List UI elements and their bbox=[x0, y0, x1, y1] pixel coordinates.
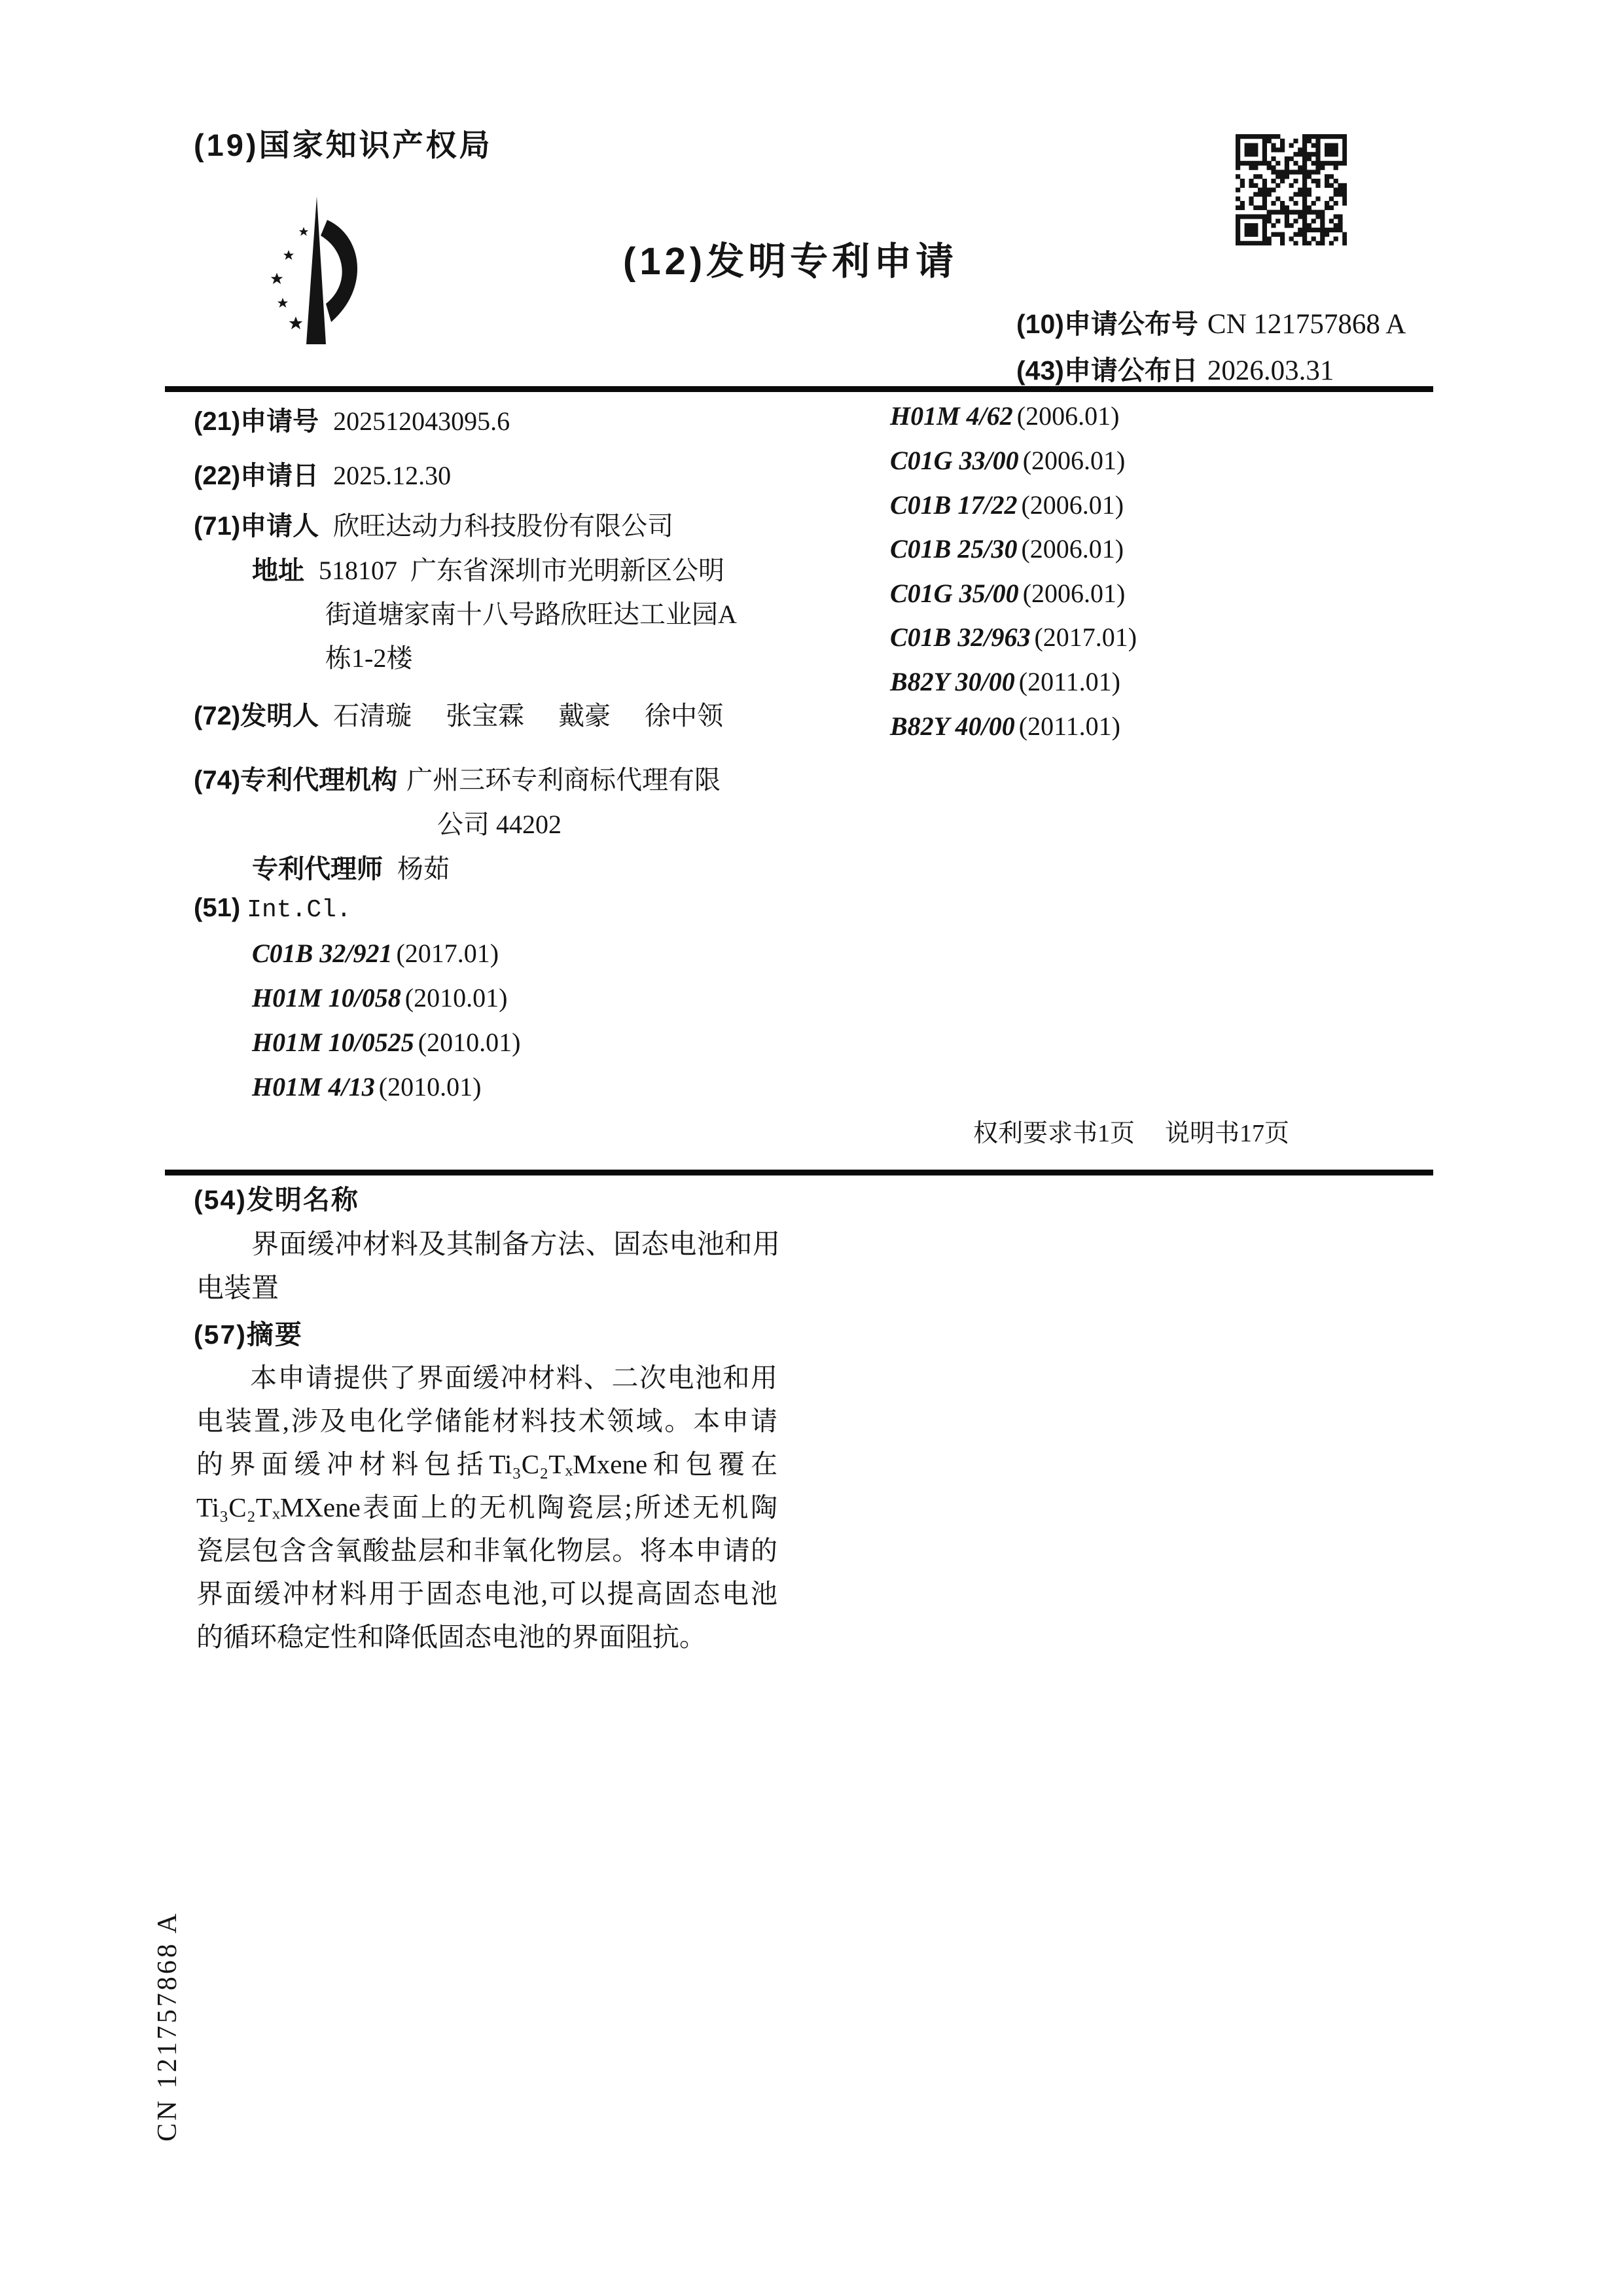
ipc-code: H01M 10/0525 bbox=[252, 1028, 414, 1057]
sidebar-publication-number: CN 121757868 A bbox=[152, 1911, 183, 2142]
ipc-year: (2010.01) bbox=[418, 1028, 521, 1057]
agency-line-1: 广州三环专利商标代理有限 bbox=[406, 765, 721, 795]
ipc-year: (2006.01) bbox=[1023, 579, 1126, 608]
address-line-1: 518107 广东省深圳市光明新区公明 bbox=[319, 556, 724, 585]
intcl-name: Int.Cl. bbox=[247, 896, 351, 924]
intcl-code-row: H01M 10/058(2010.01) bbox=[252, 982, 507, 1013]
header-divider bbox=[165, 386, 1433, 392]
agent-value: 杨茹 bbox=[397, 854, 450, 884]
ipc-row: C01G 35/00(2006.01) bbox=[890, 578, 1125, 609]
agency-line-2: 公司 44202 bbox=[437, 804, 562, 841]
abstract-line: 本申请提供了界面缓冲材料、二次电池和用 bbox=[196, 1356, 777, 1399]
application-date-label: (22)申请日 bbox=[194, 461, 319, 490]
abstract-line: 界面缓冲材料用于固态电池,可以提高固态电池 bbox=[196, 1572, 777, 1615]
publication-number-label: (10)申请公布号 bbox=[1016, 309, 1198, 339]
document-type-title: (12)发明专利申请 bbox=[623, 230, 957, 285]
ipc-year: (2011.01) bbox=[1019, 711, 1120, 741]
abstract-line: 的循环稳定性和降低固态电池的界面阻抗。 bbox=[196, 1615, 777, 1659]
section-divider bbox=[165, 1170, 1433, 1175]
ipc-row: C01B 32/963(2017.01) bbox=[890, 622, 1137, 653]
abstract-line: Ti₃C₂TₓMXene表面上的无机陶瓷层;所述无机陶 bbox=[196, 1486, 777, 1529]
description-pages: 说明书17页 bbox=[1165, 1120, 1289, 1147]
ipc-code: H01M 4/13 bbox=[252, 1072, 375, 1102]
intcl-label: (51) bbox=[194, 893, 240, 922]
pages-note: 权利要求书1页说明书17页 bbox=[973, 1113, 1289, 1149]
agency-row: (74)专利代理机构广州三环专利商标代理有限 bbox=[194, 759, 721, 797]
abstract-text: 本申请提供了界面缓冲材料、二次电池和用 电装置,涉及电化学储能材料技术领域。本申… bbox=[196, 1356, 777, 1659]
ipc-code: B82Y 40/00 bbox=[890, 711, 1015, 741]
address-line-3: 栋1-2楼 bbox=[325, 637, 412, 675]
invention-title-line: 电装置 bbox=[196, 1267, 780, 1311]
intcl-header-row: (51)Int.Cl. bbox=[194, 893, 351, 924]
application-date-row: (22)申请日2025.12.30 bbox=[194, 455, 451, 492]
application-number-value: 202512043095.6 bbox=[333, 406, 510, 436]
ipc-code: C01B 25/30 bbox=[890, 534, 1017, 564]
patent-front-page: (19)国家知识产权局 (12)发明专利申请 (10)申请公布号CN 12175… bbox=[0, 0, 1623, 2296]
inventor-name: 戴豪 bbox=[558, 701, 611, 730]
agent-label: 专利代理师 bbox=[252, 855, 383, 884]
ipc-code: B82Y 30/00 bbox=[890, 667, 1015, 696]
application-date-value: 2025.12.30 bbox=[333, 461, 451, 490]
ipc-row: H01M 4/62(2006.01) bbox=[890, 401, 1119, 431]
office-name: (19)国家知识产权局 bbox=[194, 121, 493, 165]
inventors-row: (72)发明人石清璇张宝霖戴豪徐中领 bbox=[194, 695, 757, 732]
inventor-name: 徐中领 bbox=[645, 701, 723, 730]
publication-date-label: (43)申请公布日 bbox=[1016, 355, 1198, 386]
address-label: 地址 bbox=[252, 556, 304, 585]
intcl-code-row: H01M 4/13(2010.01) bbox=[252, 1071, 481, 1102]
address-row: 地址518107 广东省深圳市光明新区公明 bbox=[252, 550, 724, 587]
application-number-label: (21)申请号 bbox=[194, 407, 319, 436]
publication-number-value: CN 121757868 A bbox=[1207, 309, 1406, 340]
ipc-code: C01B 17/22 bbox=[890, 490, 1017, 520]
ipc-year: (2017.01) bbox=[1034, 622, 1137, 652]
abstract-label: (57)摘要 bbox=[194, 1313, 303, 1352]
intcl-code-row: C01B 32/921(2017.01) bbox=[252, 938, 499, 969]
agency-label: (74)专利代理机构 bbox=[194, 766, 397, 795]
ipc-code: C01B 32/921 bbox=[252, 939, 392, 968]
address-line-2: 街道塘家南十八号路欣旺达工业园A bbox=[325, 594, 737, 631]
invention-title-line: 界面缓冲材料及其制备方法、固态电池和用 bbox=[196, 1223, 780, 1267]
ipc-year: (2006.01) bbox=[1017, 401, 1120, 431]
publication-date-line: (43)申请公布日2026.03.31 bbox=[1016, 349, 1334, 387]
inventors-label: (72)发明人 bbox=[194, 702, 319, 730]
ipc-row: C01B 25/30(2006.01) bbox=[890, 533, 1124, 564]
ipc-code: C01B 32/963 bbox=[890, 622, 1030, 652]
abstract-line: 的界面缓冲材料包括Ti₃C₂TₓMxene和包覆在 bbox=[196, 1443, 777, 1486]
ipc-year: (2006.01) bbox=[1021, 490, 1124, 520]
ipc-year: (2006.01) bbox=[1023, 446, 1126, 475]
intcl-code-row: H01M 10/0525(2010.01) bbox=[252, 1027, 520, 1058]
ipc-year: (2006.01) bbox=[1021, 534, 1124, 564]
ipc-row: B82Y 40/00(2011.01) bbox=[890, 711, 1120, 742]
ipc-code: C01G 35/00 bbox=[890, 579, 1019, 608]
abstract-line: 瓷层包含含氧酸盐层和非氧化物层。将本申请的 bbox=[196, 1529, 777, 1572]
qr-code-icon bbox=[1236, 134, 1347, 245]
ipc-code: H01M 4/62 bbox=[890, 401, 1013, 431]
ipc-year: (2017.01) bbox=[396, 939, 499, 968]
inventor-name: 石清璇 bbox=[333, 701, 412, 730]
invention-title: 界面缓冲材料及其制备方法、固态电池和用 电装置 bbox=[196, 1223, 780, 1311]
cnipa-logo-icon bbox=[267, 195, 375, 346]
applicant-value: 欣旺达动力科技股份有限公司 bbox=[333, 511, 673, 541]
abstract-line: 电装置,涉及电化学储能材料技术领域。本申请 bbox=[196, 1399, 777, 1443]
ipc-year: (2010.01) bbox=[405, 983, 508, 1013]
ipc-year: (2011.01) bbox=[1019, 667, 1120, 696]
ipc-code: H01M 10/058 bbox=[252, 983, 401, 1013]
invention-title-label: (54)发明名称 bbox=[194, 1178, 359, 1217]
applicant-label: (71)申请人 bbox=[194, 512, 319, 541]
ipc-row: B82Y 30/00(2011.01) bbox=[890, 666, 1120, 697]
applicant-row: (71)申请人欣旺达动力科技股份有限公司 bbox=[194, 505, 673, 543]
publication-number-line: (10)申请公布号CN 121757868 A bbox=[1016, 302, 1406, 341]
agent-row: 专利代理师杨茹 bbox=[252, 848, 450, 886]
publication-date-value: 2026.03.31 bbox=[1207, 355, 1334, 386]
ipc-code: C01G 33/00 bbox=[890, 446, 1019, 475]
ipc-row: C01G 33/00(2006.01) bbox=[890, 445, 1125, 476]
inventor-name: 张宝霖 bbox=[446, 701, 524, 730]
claims-pages: 权利要求书1页 bbox=[973, 1120, 1135, 1147]
ipc-year: (2010.01) bbox=[379, 1072, 482, 1102]
application-number-row: (21)申请号202512043095.6 bbox=[194, 401, 510, 438]
ipc-row: C01B 17/22(2006.01) bbox=[890, 490, 1124, 520]
